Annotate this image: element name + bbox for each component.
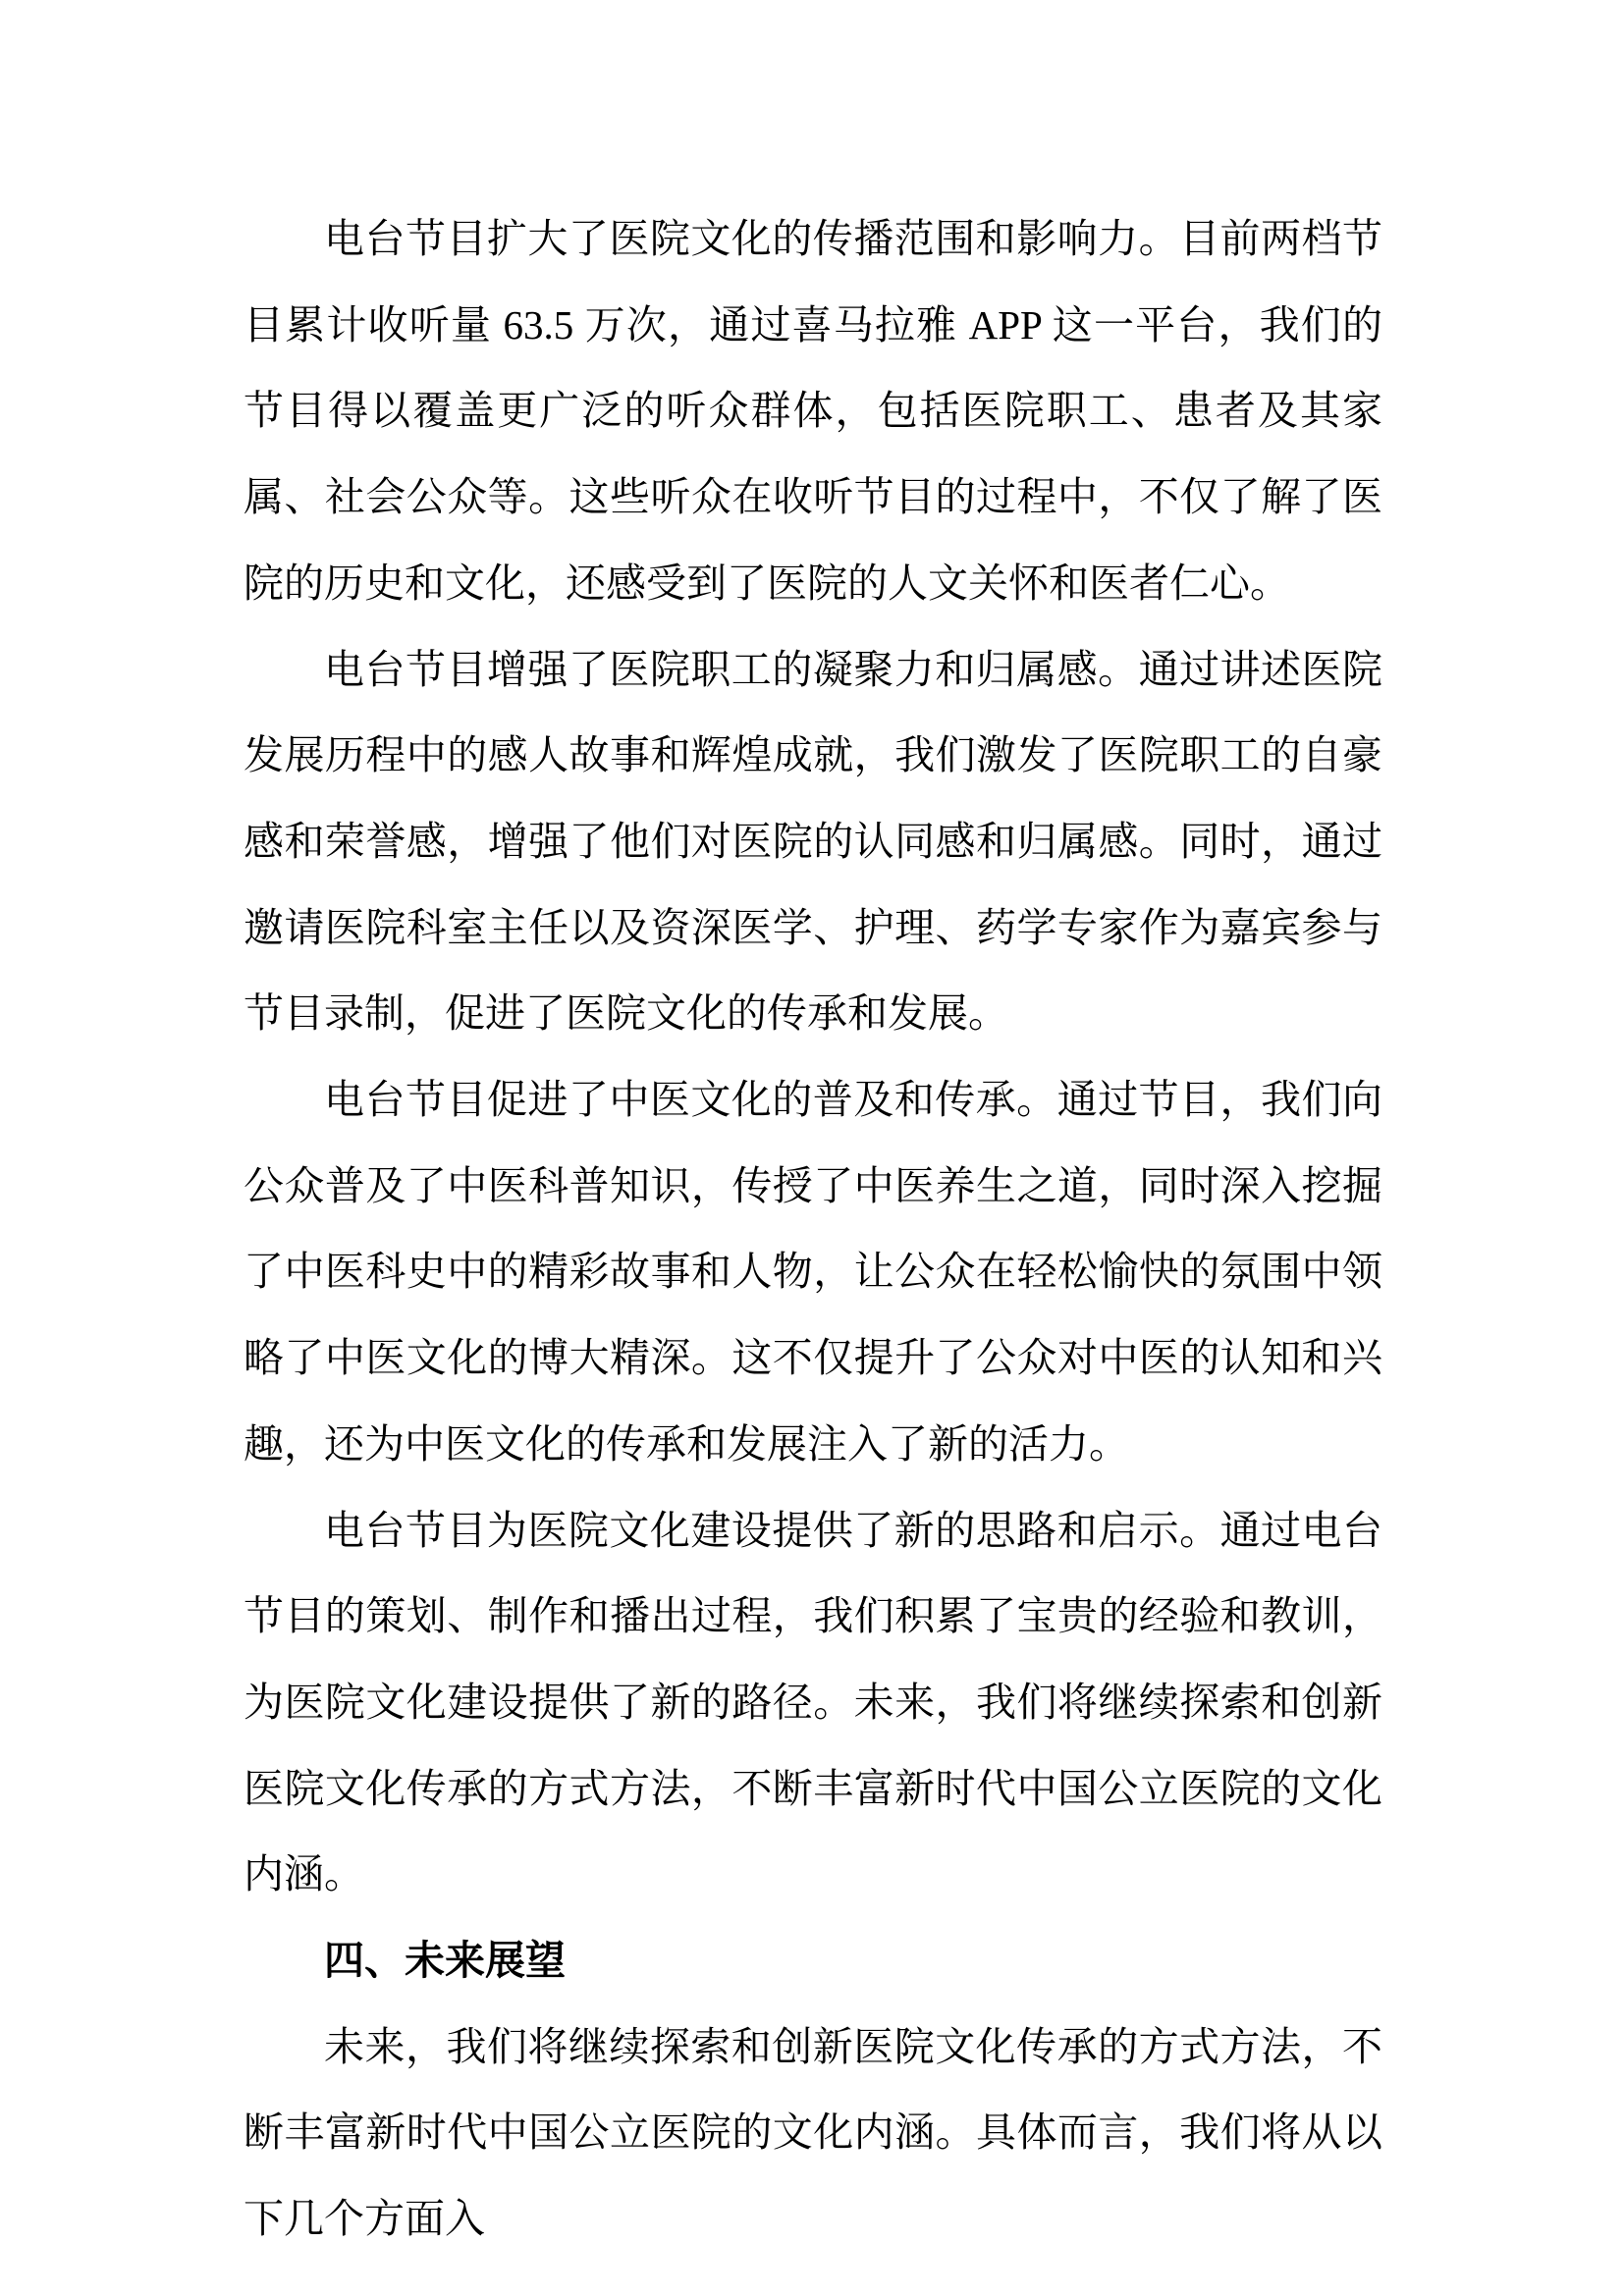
body-paragraph-staff-cohesion: 电台节目增强了医院职工的凝聚力和归属感。通过讲述医院发展历程中的感人故事和辉煌成… bbox=[244, 627, 1382, 1058]
document-page: 电台节目扩大了医院文化的传播范围和影响力。目前两档节目累计收听量 63.5 万次… bbox=[0, 0, 1624, 2296]
body-paragraph-future-plans: 未来，我们将继续探索和创新医院文化传承的方式方法，不断丰富新时代中国公立医院的文… bbox=[244, 2004, 1382, 2263]
body-paragraph-hospital-culture: 电台节目为医院文化建设提供了新的思路和启示。通过电台节目的策划、制作和播出过程，… bbox=[244, 1488, 1382, 1919]
body-paragraph-radio-reach: 电台节目扩大了医院文化的传播范围和影响力。目前两档节目累计收听量 63.5 万次… bbox=[244, 196, 1382, 627]
section-heading-future-outlook: 四、未来展望 bbox=[244, 1918, 1382, 2004]
body-paragraph-tcm-culture: 电台节目促进了中医文化的普及和传承。通过节目，我们向公众普及了中医科普知识，传授… bbox=[244, 1057, 1382, 1488]
document-body: 电台节目扩大了医院文化的传播范围和影响力。目前两档节目累计收听量 63.5 万次… bbox=[244, 196, 1382, 2263]
